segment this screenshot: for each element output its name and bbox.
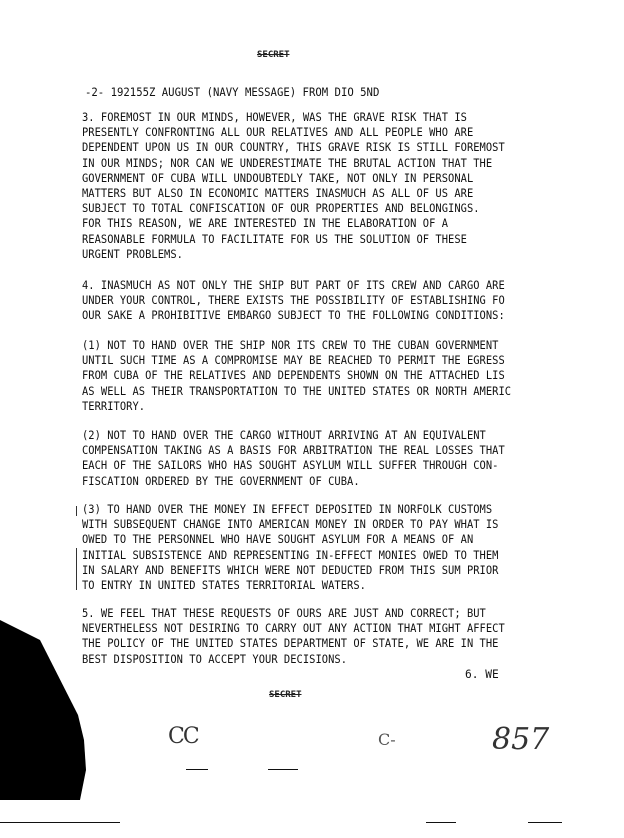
- text-line: (3) TO HAND OVER THE MONEY IN EFFECT DEP…: [82, 502, 584, 517]
- text-line: REASONABLE FORMULA TO FACILITATE FOR US …: [82, 232, 584, 247]
- scan-line: [186, 769, 208, 770]
- text-line: EACH OF THE SAILORS WHO HAS SOUGHT ASYLU…: [82, 458, 584, 473]
- handwritten-page-number: 857: [492, 722, 549, 757]
- paragraph-4-condition-1: (1) NOT TO HAND OVER THE SHIP NOR ITS CR…: [82, 338, 622, 414]
- text-line: OUR SAKE A PROHIBITIVE EMBARGO SUBJECT T…: [82, 308, 584, 323]
- text-line: TO ENTRY IN UNITED STATES TERRITORIAL WA…: [82, 578, 584, 593]
- text-line: (2) NOT TO HAND OVER THE CARGO WITHOUT A…: [82, 428, 584, 443]
- text-line: 4. INASMUCH AS NOT ONLY THE SHIP BUT PAR…: [82, 278, 584, 293]
- text-line: NEVERTHELESS NOT DESIRING TO CARRY OUT A…: [82, 621, 584, 636]
- scan-line: [268, 769, 298, 770]
- text-line: URGENT PROBLEMS.: [82, 247, 584, 262]
- text-line: IN OUR MINDS; NOR CAN WE UNDERESTIMATE T…: [82, 156, 584, 171]
- text-line: AS WELL AS THEIR TRANSPORTATION TO THE U…: [82, 384, 584, 399]
- paragraph-4: 4. INASMUCH AS NOT ONLY THE SHIP BUT PAR…: [82, 278, 622, 324]
- text-line: MATTERS BUT ALSO IN ECONOMIC MATTERS INA…: [82, 186, 584, 201]
- text-line: UNTIL SUCH TIME AS A COMPROMISE MAY BE R…: [82, 353, 584, 368]
- text-line: TERRITORY.: [82, 399, 584, 414]
- text-line: SUBJECT TO TOTAL CONFISCATION OF OUR PRO…: [82, 201, 584, 216]
- text-line: OWED TO THE PERSONNEL WHO HAVE SOUGHT AS…: [82, 532, 584, 547]
- text-line: IN SALARY AND BENEFITS WHICH WERE NOT DE…: [82, 563, 584, 578]
- text-line: FOR THIS REASON, WE ARE INTERESTED IN TH…: [82, 216, 584, 231]
- text-line: PRESENTLY CONFRONTING ALL OUR RELATIVES …: [82, 125, 584, 140]
- text-line: FROM CUBA OF THE RELATIVES AND DEPENDENT…: [82, 368, 584, 383]
- scan-line: [426, 822, 456, 823]
- classification-stamp-top: SECRET: [257, 50, 290, 60]
- continuation-marker: 6. WE: [465, 668, 499, 681]
- message-header: -2- 192155Z AUGUST (NAVY MESSAGE) FROM D…: [85, 86, 379, 99]
- classification-stamp-bottom: SECRET: [269, 690, 302, 700]
- paragraph-4-condition-3: (3) TO HAND OVER THE MONEY IN EFFECT DEP…: [82, 502, 622, 593]
- text-line: THE POLICY OF THE UNITED STATES DEPARTME…: [82, 636, 584, 651]
- paragraph-5: 5. WE FEEL THAT THESE REQUESTS OF OURS A…: [82, 606, 622, 667]
- scan-line: [528, 822, 562, 823]
- text-line: DEPENDENT UPON US IN OUR COUNTRY, THIS G…: [82, 140, 584, 155]
- text-line: 5. WE FEEL THAT THESE REQUESTS OF OURS A…: [82, 606, 584, 621]
- text-line: WITH SUBSEQUENT CHANGE INTO AMERICAN MON…: [82, 517, 584, 532]
- handwritten-initials: CC: [168, 724, 198, 749]
- paragraph-4-condition-2: (2) NOT TO HAND OVER THE CARGO WITHOUT A…: [82, 428, 622, 489]
- text-line: UNDER YOUR CONTROL, THERE EXISTS THE POS…: [82, 293, 584, 308]
- text-line: 3. FOREMOST IN OUR MINDS, HOWEVER, WAS T…: [82, 110, 584, 125]
- margin-mark: [76, 548, 77, 590]
- paragraph-3: 3. FOREMOST IN OUR MINDS, HOWEVER, WAS T…: [82, 110, 622, 262]
- handwritten-mark: C-: [378, 730, 396, 749]
- text-line: FISCATION ORDERED BY THE GOVERNMENT OF C…: [82, 474, 584, 489]
- scan-shadow-artifact: [0, 620, 96, 800]
- text-line: INITIAL SUBSISTENCE AND REPRESENTING IN-…: [82, 548, 584, 563]
- text-line: BEST DISPOSITION TO ACCEPT YOUR DECISION…: [82, 652, 584, 667]
- text-line: (1) NOT TO HAND OVER THE SHIP NOR ITS CR…: [82, 338, 584, 353]
- document-page: SECRET -2- 192155Z AUGUST (NAVY MESSAGE)…: [0, 0, 624, 838]
- text-line: COMPENSATION TAKING AS A BASIS FOR ARBIT…: [82, 443, 584, 458]
- scan-line: [0, 822, 120, 823]
- text-line: GOVERNMENT OF CUBA WILL UNDOUBTEDLY TAKE…: [82, 171, 584, 186]
- margin-mark: [76, 506, 77, 516]
